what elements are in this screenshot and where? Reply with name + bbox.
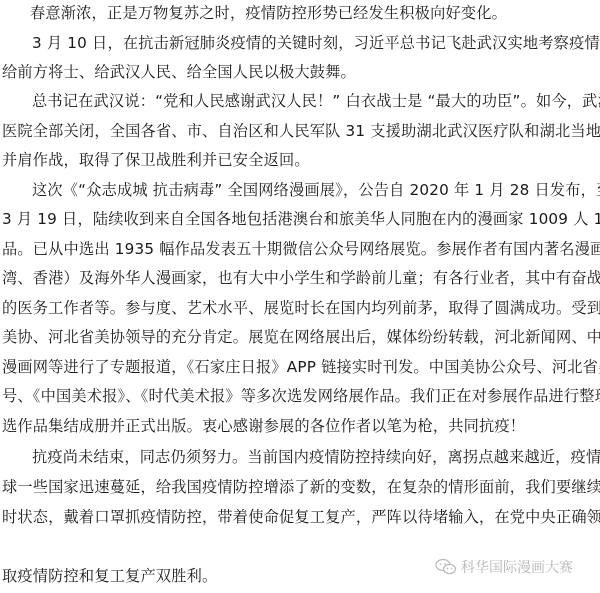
paragraph-4-line-1: 这次《“众志成城 抗击病毒” 全国网络漫画展》，公告自 2020 年 1 月 2… <box>32 179 598 201</box>
paragraph-5-line-2: 球一些国家迅速蔓延，给我国疫情防控增添了新的变数，在复杂的情形面前，我们要继续保… <box>2 476 598 498</box>
paragraph-4-line-9: 选作品集结成册并正式出版。衷心感谢参展的各位作者以笔为枪，共同抗疫！ <box>2 415 525 437</box>
watermark-text: 科华国际漫画大赛 <box>461 557 573 577</box>
paragraph-4-line-8: 号、《中国美术报》、《时代美术报》等多次选发网络展作品。我们正在对参展作品进行整… <box>2 385 598 407</box>
paragraph-4-line-6: 美协、河北省美协领导的充分肯定。展览在网络展出后，媒体纷纷转载，河北新闻网、中国… <box>2 326 598 348</box>
paragraph-4-line-4: 湾、香港）及海外华人漫画家，也有大中小学生和学龄前儿童；有各行业者，其中有奋战在… <box>2 267 598 289</box>
paragraph-4-line-2: 3 月 19 日，陆续收到来自全国各地包括港澳台和旅美华人同胞在内的漫画家 10… <box>2 208 598 230</box>
paragraph-4-line-5: 的医务工作者等。参与度、艺术水平、展览时长在国内均列前茅，取得了圆满成功。受到了… <box>2 297 598 319</box>
paragraph-5-line-3: 时状态，戴着口罩抓疫情防控，带着使命促复工复产，严阵以待堵输入，在党中央正确领导… <box>2 506 598 528</box>
paragraph-3-line-3: 并肩作战，取得了保卫战胜利并已安全返回。 <box>2 149 310 171</box>
wechat-icon <box>435 558 457 576</box>
paragraph-4-line-3: 品。已从中选出 1935 幅作品发表五十期微信公众号网络展览。参展作者有国内著名… <box>2 238 598 260</box>
paragraph-3-line-1: 总书记在武汉说：“党和人民感谢武汉人民！” 白衣战士是 “最大的功臣”。如今，武… <box>32 90 598 112</box>
paragraph-3-line-2: 医院全部关闭，全国各省、市、自治区和人民军队 31 支援助湖北武汉医疗队和湖北当… <box>2 120 598 142</box>
paragraph-5-line-4: 取疫情防控和复工复产双胜利。 <box>2 565 217 587</box>
paragraph-1-line-1: 春意渐浓，正是万物复苏之时，疫情防控形势已经发生积极向好变化。 <box>30 2 507 24</box>
paragraph-4-line-7: 漫画网等进行了专题报道，《石家庄日报》APP 链接实时刊发。中国美协公众号、河北… <box>2 356 598 378</box>
paragraph-2-line-2: 给前方将士、给武汉人民、给全国人民以极大鼓舞。 <box>2 61 356 83</box>
paragraph-2-line-1: 3 月 10 日，在抗击新冠肺炎疫情的关键时刻，习近平总书记飞赴武汉实地考察疫情… <box>32 32 598 54</box>
paragraph-5-line-1: 抗疫尚未结束，同志仍须努力。当前国内疫情防控持续向好，离拐点越来越近，疫情却在全 <box>32 446 598 468</box>
source-watermark: 科华国际漫画大赛 <box>435 557 573 577</box>
